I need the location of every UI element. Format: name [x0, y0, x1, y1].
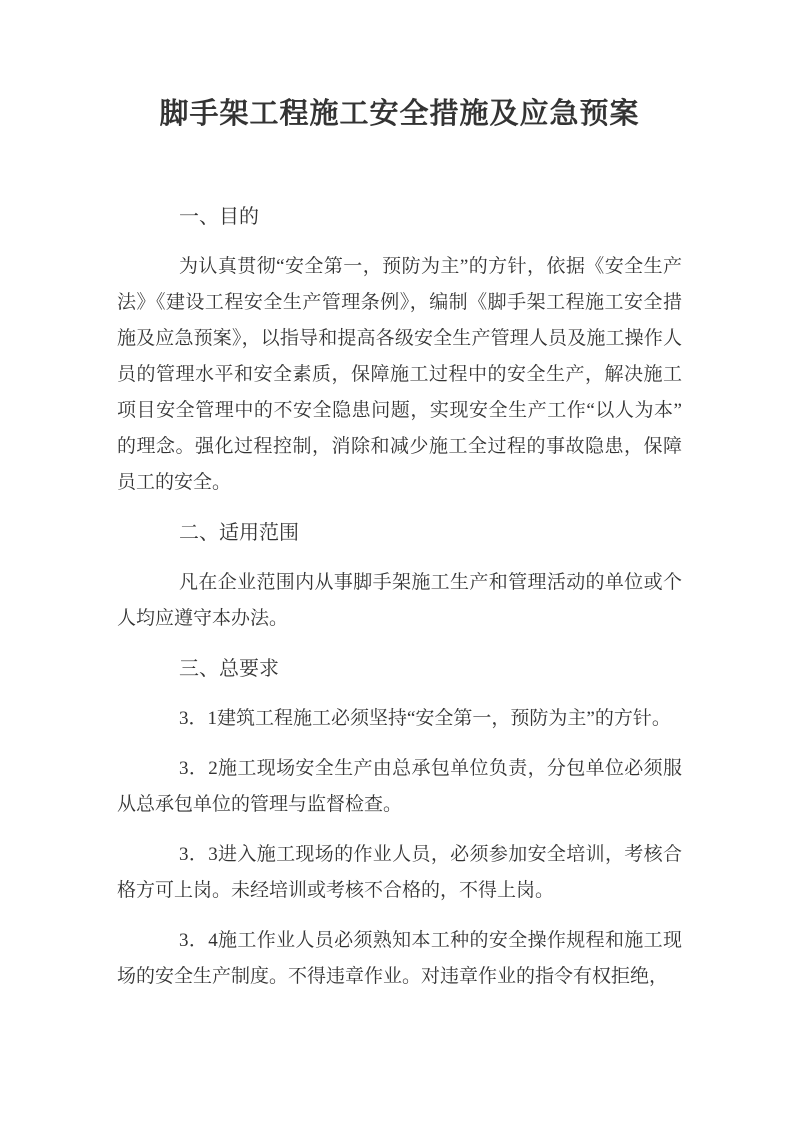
- paragraph: 3．4施工作业人员必须熟知本工种的安全操作规程和施工现场的安全生产制度。不得违章…: [117, 923, 682, 995]
- paragraph: 3．2施工现场安全生产由总承包单位负责，分包单位必须服从总承包单位的管理与监督检…: [117, 751, 682, 823]
- section-heading: 二、适用范围: [117, 515, 682, 551]
- document-page: 脚手架工程施工安全措施及应急预案 一、目的为认真贯彻“安全第一，预防为主”的方针…: [0, 0, 793, 1122]
- paragraph: 凡在企业范围内从事脚手架施工生产和管理活动的单位或个人均应遵守本办法。: [117, 565, 682, 637]
- section-heading: 一、目的: [117, 199, 682, 235]
- document-title: 脚手架工程施工安全措施及应急预案: [117, 93, 682, 135]
- paragraph: 3．1建筑工程施工必须坚持“安全第一，预防为主”的方针。: [117, 701, 682, 737]
- document-body: 一、目的为认真贯彻“安全第一，预防为主”的方针，依据《安全生产法》《建设工程安全…: [117, 199, 682, 995]
- section-heading: 三、总要求: [117, 651, 682, 687]
- paragraph: 为认真贯彻“安全第一，预防为主”的方针，依据《安全生产法》《建设工程安全生产管理…: [117, 249, 682, 501]
- paragraph: 3．3进入施工现场的作业人员，必须参加安全培训，考核合格方可上岗。未经培训或考核…: [117, 837, 682, 909]
